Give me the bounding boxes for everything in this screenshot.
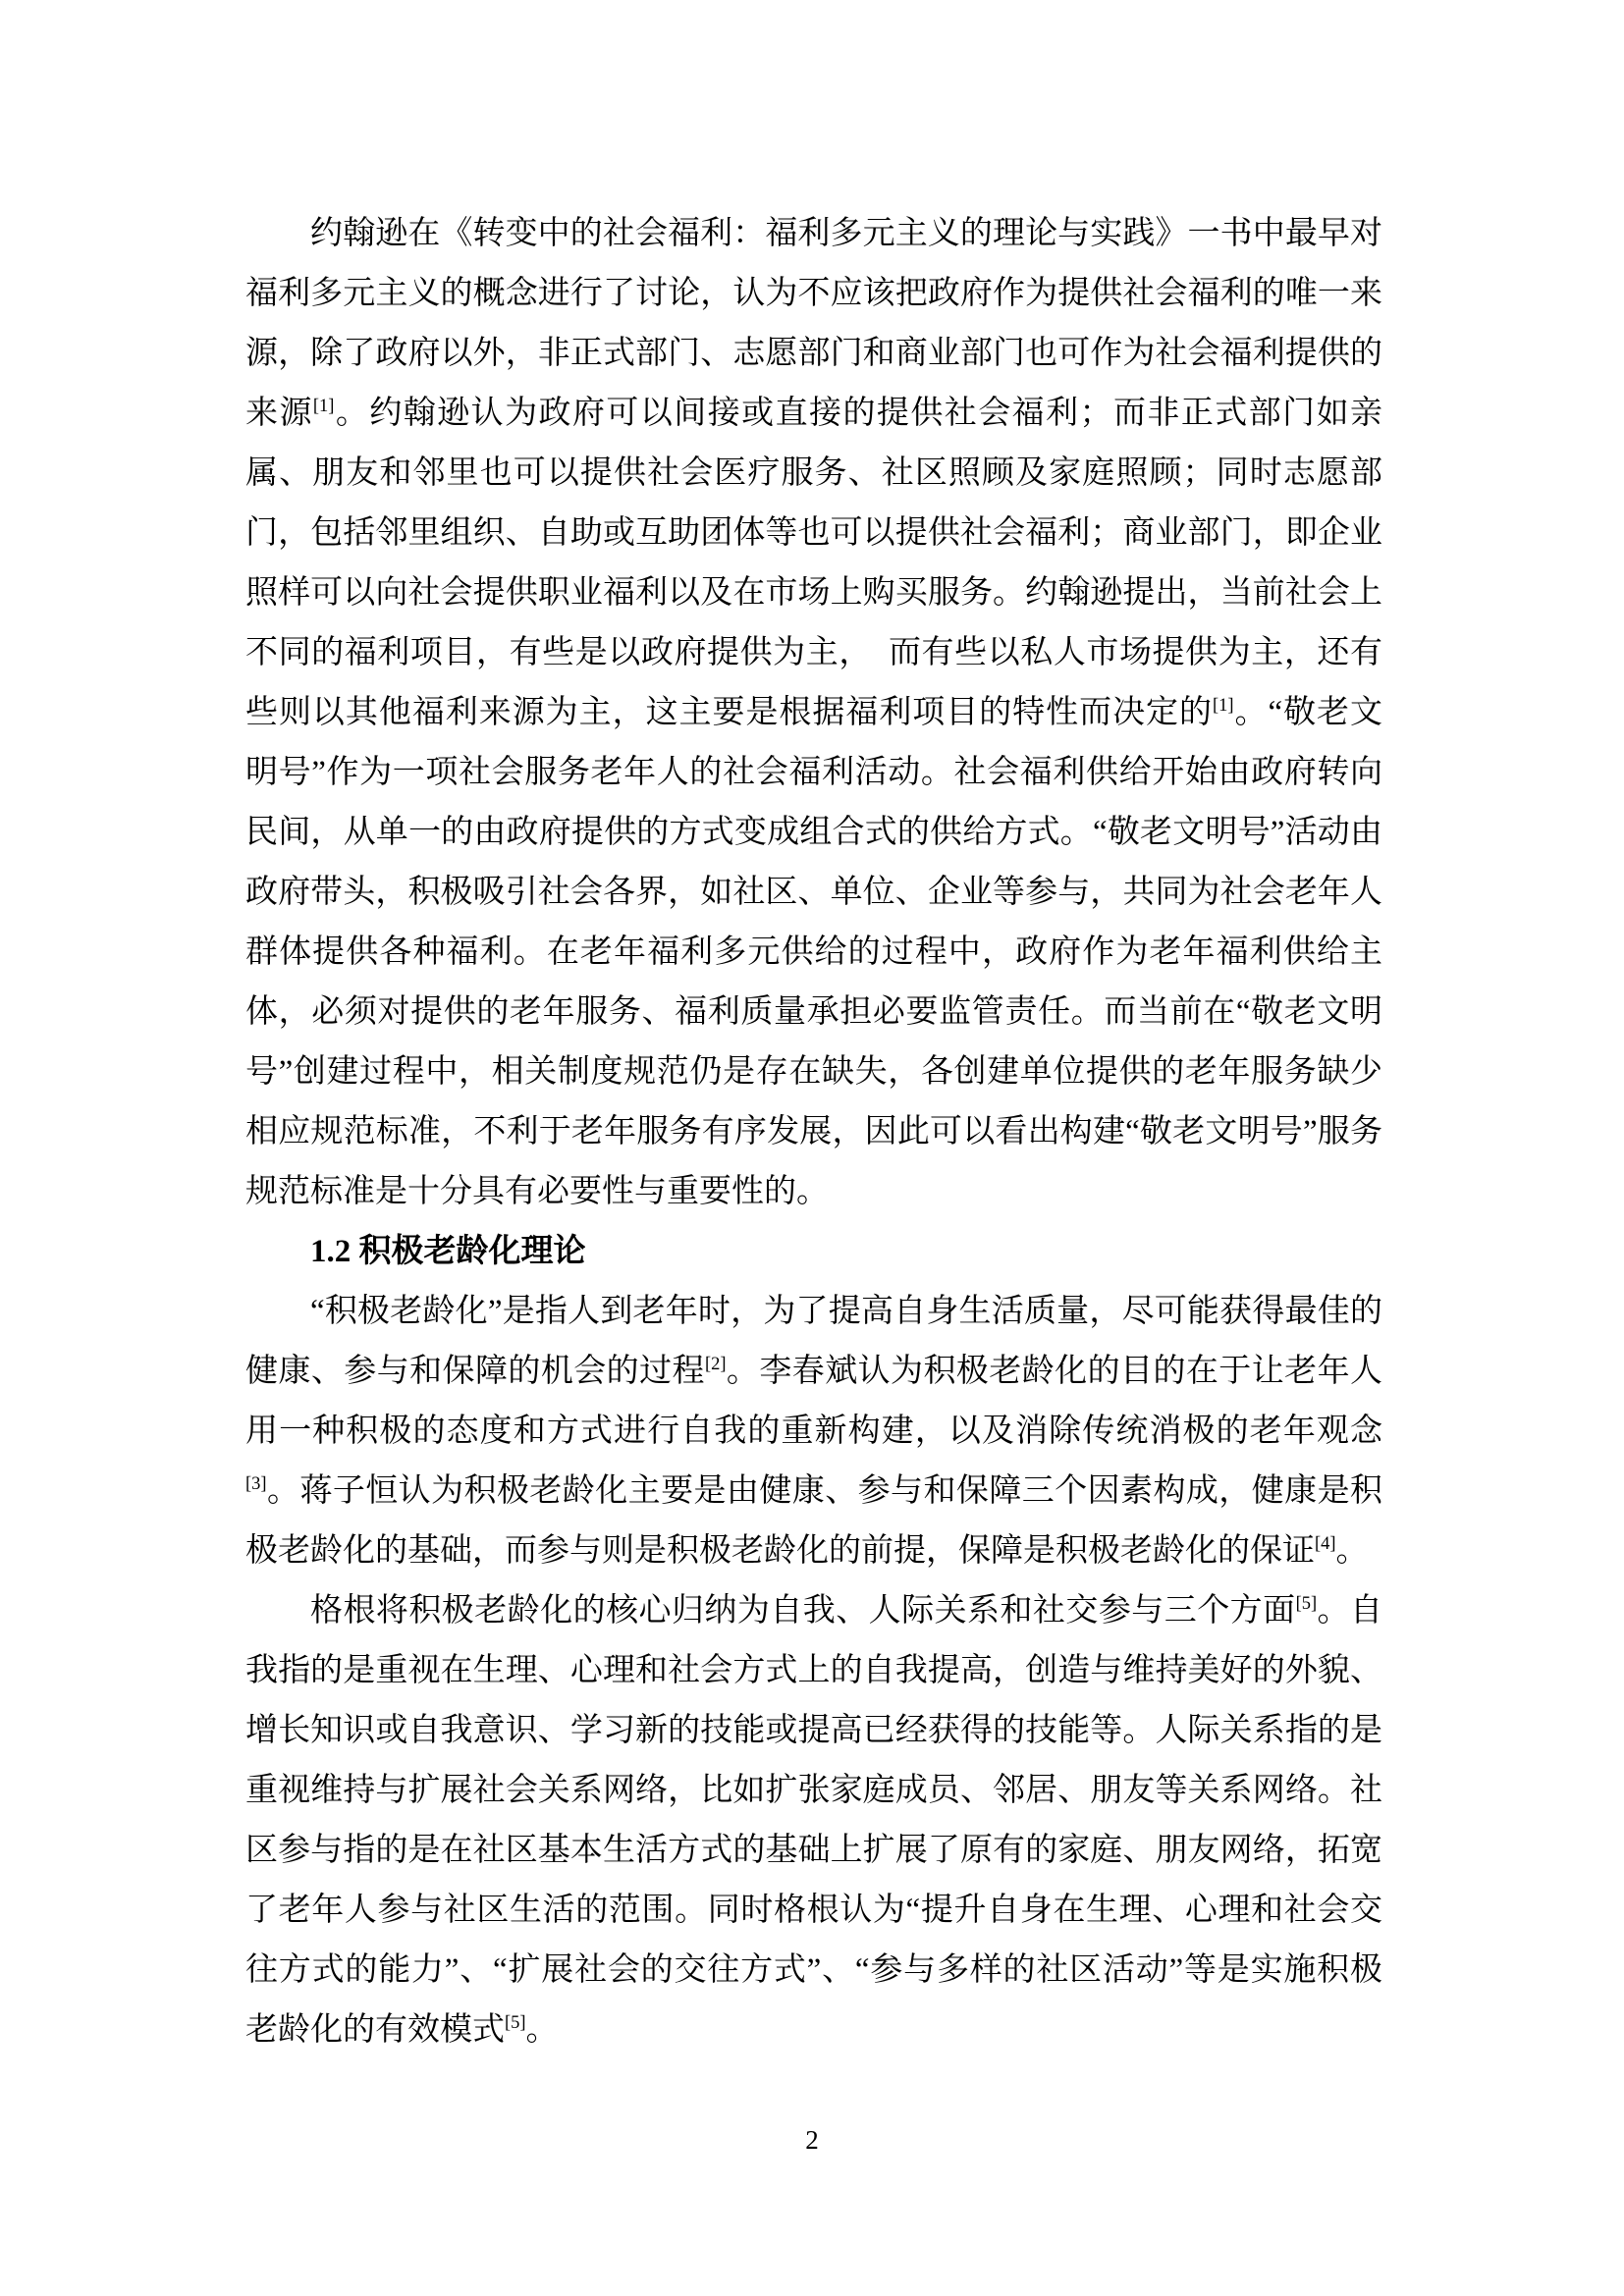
document-page: 约翰逊在《转变中的社会福利：福利多元主义的理论与实践》一书中最早对福利多元主义的…	[0, 0, 1624, 2296]
citation-marker: [5]	[505, 2012, 526, 2032]
citation-marker: [5]	[1296, 1593, 1318, 1613]
citation-marker: [1]	[1213, 695, 1234, 715]
body-paragraph: 约翰逊在《转变中的社会福利：福利多元主义的理论与实践》一书中最早对福利多元主义的…	[245, 204, 1382, 1222]
page-number: 2	[805, 2125, 819, 2155]
citation-marker: [2]	[705, 1354, 727, 1373]
citation-marker: [3]	[245, 1473, 267, 1493]
citation-marker: [1]	[313, 396, 335, 415]
body-paragraph: 格根将积极老龄化的核心归纳为自我、人际关系和社交参与三个方面[5]。自我指的是重…	[245, 1581, 1382, 2060]
section-heading: 1.2 积极老龄化理论	[245, 1222, 1382, 1282]
body-paragraph: “积极老龄化”是指人到老年时，为了提高自身生活质量，尽可能获得最佳的健康、参与和…	[245, 1282, 1382, 1581]
citation-marker: [4]	[1315, 1533, 1336, 1553]
document-body: 约翰逊在《转变中的社会福利：福利多元主义的理论与实践》一书中最早对福利多元主义的…	[245, 204, 1382, 2060]
page-footer: 2	[0, 2122, 1624, 2158]
